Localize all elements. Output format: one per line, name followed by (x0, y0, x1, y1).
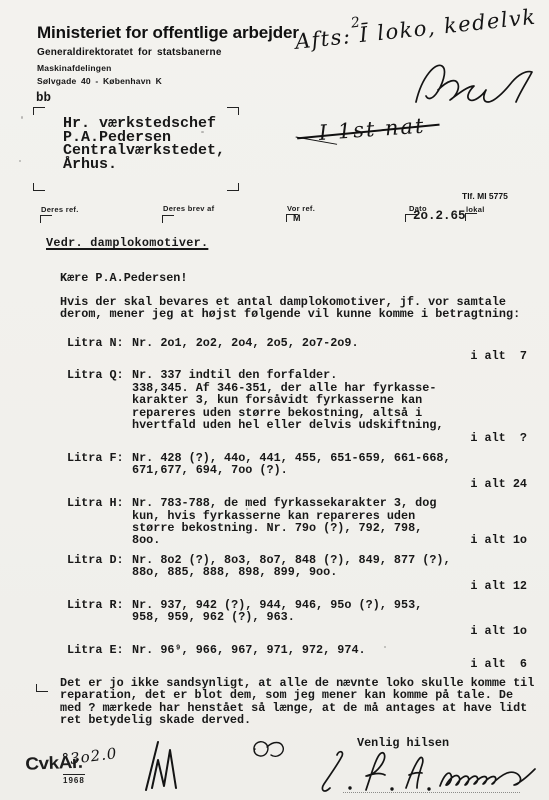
litra-line: Nr. 2o1, 2o2, 2o4, 2o5, 2o7-2o9. (132, 337, 530, 349)
deres-ref-label: Deres ref. (41, 205, 79, 214)
litra-label: Litra N: (67, 337, 132, 349)
deres-brev-af-label: Deres brev af (163, 204, 214, 213)
litra-row: Litra D: Nr. 8o2 (?), 8o3, 8o7, 848 (?),… (67, 554, 530, 579)
litra-line: karakter 3, kun forsåvidt fyrkasserne ka… (132, 394, 530, 406)
litra-row: Litra N: Nr. 2o1, 2o2, 2o4, 2o5, 2o7-2o9… (67, 337, 530, 349)
litra-label: Litra H: (67, 497, 132, 547)
litra-count: i alt 24 (67, 478, 530, 490)
litra-line: 671,677, 694, 7oo (?). (132, 464, 530, 476)
litra-entry: Litra F: Nr. 428 (?), 44o, 441, 455, 651… (60, 452, 530, 490)
litra-lines: Nr. 937, 942 (?), 944, 946, 95o (?), 953… (132, 599, 530, 624)
litra-entry: Litra H: Nr. 783-788, de med fyrkassekar… (60, 497, 530, 547)
address-window-corner-bottom-right (227, 183, 239, 191)
litra-entry: Litra N: Nr. 2o1, 2o2, 2o4, 2o5, 2o7-2o9… (60, 337, 530, 363)
litra-lines: Nr. 337 indtil den forfalder.338,345. Af… (132, 369, 530, 431)
intro-line: derom, mener jeg at højst følgende vil k… (60, 308, 530, 320)
recipient-address-block: Hr. værkstedschefP.A.PedersenCentralværk… (63, 117, 225, 171)
vor-ref-label: Vor ref. (287, 204, 315, 213)
address-window-corner-top-left (33, 107, 45, 115)
litra-lines: Nr. 2o1, 2o2, 2o4, 2o5, 2o7-2o9. (132, 337, 530, 349)
letterhead-ministry: Ministeriet for offentlige arbejder (37, 23, 299, 43)
phone-number: Tlf. MI 5775 (462, 191, 508, 201)
litra-count: i alt ? (67, 432, 530, 444)
closing-line: ret betydelig skade derved. (60, 714, 530, 726)
litra-line: 88o, 885, 888, 898, 899, 9oo. (132, 566, 530, 578)
date-value: 2o.2.65 (413, 210, 466, 222)
litra-lines: Nr. 8o2 (?), 8o3, 8o7, 848 (?), 849, 877… (132, 554, 530, 579)
recipient-line: Århus. (63, 158, 225, 172)
letterhead-directorate: Generaldirektoratet for statsbanerne (37, 47, 222, 58)
closing-line: reparation, det er blot dem, som jeg men… (60, 689, 530, 701)
litra-entry: Litra R: Nr. 937, 942 (?), 944, 946, 95o… (60, 599, 530, 637)
scan-speck (19, 160, 21, 162)
litra-line: 958, 959, 962 (?), 963. (132, 611, 530, 623)
scan-speck (21, 116, 23, 119)
handwritten-signature (320, 746, 545, 796)
litra-label: Litra E: (67, 644, 132, 656)
handwritten-initials-ob (247, 737, 292, 762)
letter-body: Vedr. damplokomotiver. Kære P.A.Pedersen… (60, 237, 530, 727)
handwritten-journal-number: 3o2.0 (69, 744, 118, 768)
handwritten-initials-scribble (408, 56, 543, 114)
deres-ref-corner-mark (40, 215, 52, 223)
litra-line: Nr. 337 indtil den forfalder. (132, 369, 530, 381)
handwritten-monogram (136, 738, 181, 793)
page-frame-corner-bottom-left (36, 684, 48, 692)
letterhead-street-address: Sølvgade 40 - København K (37, 76, 162, 86)
litra-row: Litra R: Nr. 937, 942 (?), 944, 946, 95o… (67, 599, 530, 624)
vor-ref-value: M (293, 213, 301, 223)
litra-count: i alt 12 (67, 580, 530, 592)
scan-speck (246, 508, 248, 510)
litra-label: Litra Q: (67, 369, 132, 431)
scan-speck (201, 131, 204, 133)
closing-paragraph: Det er jo ikke sandsynligt, at alle de n… (60, 677, 530, 727)
litra-entry: Litra D: Nr. 8o2 (?), 8o3, 8o7, 848 (?),… (60, 554, 530, 592)
address-window-corner-bottom-left (33, 183, 45, 191)
litra-lines: Nr. 428 (?), 44o, 441, 455, 651-659, 661… (132, 452, 530, 477)
handwritten-struck-note: I 1st nat (318, 114, 426, 145)
intro-paragraph: Hvis der skal bevares et antal damplokom… (60, 296, 530, 321)
stamp-year: 1968 (63, 774, 85, 785)
litra-label: Litra D: (67, 554, 132, 579)
litra-count: i alt 7 (67, 350, 530, 362)
salutation: Kære P.A.Pedersen! (60, 272, 530, 284)
date-right-corner-mark (465, 213, 477, 221)
litra-entry: Litra Q: Nr. 337 indtil den forfalder.33… (60, 369, 530, 444)
litra-row: Litra H: Nr. 783-788, de med fyrkassekar… (67, 497, 530, 547)
litra-row: Litra E: Nr. 96⁹, 966, 967, 971, 972, 97… (67, 644, 530, 656)
deres-brev-corner-mark (162, 215, 174, 223)
litra-line: Nr. 96⁹, 966, 967, 971, 972, 974. (132, 644, 530, 656)
litra-count: i alt 1o (67, 625, 530, 637)
litra-label: Litra F: (67, 452, 132, 477)
litra-list: Litra N: Nr. 2o1, 2o2, 2o4, 2o5, 2o7-2o9… (60, 337, 530, 670)
litra-line: Nr. 783-788, de med fyrkassekarakter 3, … (132, 497, 530, 509)
litra-count: i alt 6 (67, 658, 530, 670)
litra-line: hvertfald uden hel eller delvis udskiftn… (132, 419, 530, 431)
signature-dotted-line (343, 792, 520, 793)
handwritten-top-note: Afts: Ī loko, kedelvk (294, 5, 538, 54)
typist-initials: bb (36, 92, 51, 104)
letterhead-department: Maskinafdelingen (37, 63, 112, 73)
subject-line: Vedr. damplokomotiver. (46, 237, 530, 249)
litra-lines: Nr. 96⁹, 966, 967, 971, 972, 974. (132, 644, 530, 656)
litra-entry: Litra E: Nr. 96⁹, 966, 967, 971, 972, 97… (60, 644, 530, 670)
litra-row: Litra F: Nr. 428 (?), 44o, 441, 455, 651… (67, 452, 530, 477)
litra-row: Litra Q: Nr. 337 indtil den forfalder.33… (67, 369, 530, 431)
litra-label: Litra R: (67, 599, 132, 624)
scanned-letter-page: Ministeriet for offentlige arbejder Gene… (0, 0, 549, 800)
scan-speck (384, 646, 386, 648)
address-window-corner-top-right (227, 107, 239, 115)
